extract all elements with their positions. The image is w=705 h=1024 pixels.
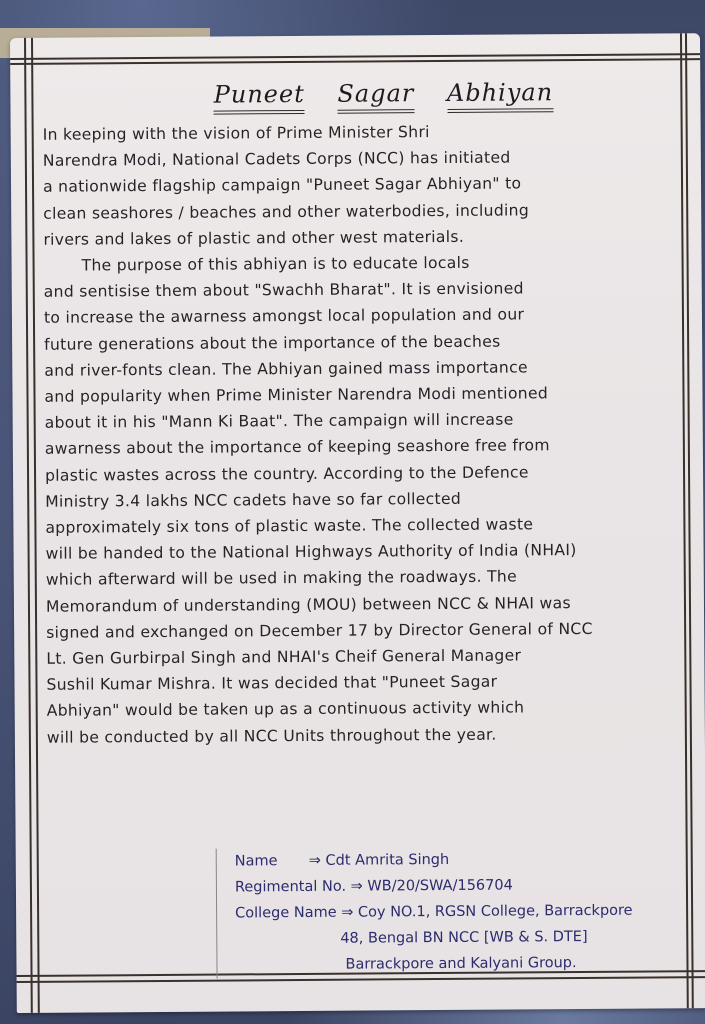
regimental-value: ⇒ WB/20/SWA/156704 xyxy=(351,878,513,895)
college-value-line-3: Barrackpore and Kalyani Group. xyxy=(345,955,576,973)
document-title: Puneet Sagar Abhiyan xyxy=(72,77,694,115)
college-value: ⇒ Coy NO.1, RGSN College, Barrackpore xyxy=(341,903,632,921)
name-row: Name ⇒ Cdt Amrita Singh xyxy=(235,845,705,874)
handwritten-paper-sheet: Puneet Sagar Abhiyan In keeping with the… xyxy=(10,33,705,1013)
left-margin-line-inner xyxy=(31,38,40,1013)
regimental-row: Regimental No. ⇒ WB/20/SWA/156704 xyxy=(235,871,705,900)
name-value: ⇒ Cdt Amrita Singh xyxy=(309,852,450,869)
college-row-continued: Barrackpore and Kalyani Group. xyxy=(235,949,705,978)
college-row-continued: 48, Bengal BN NCC [WB & S. DTE] xyxy=(235,923,705,952)
title-word: Puneet xyxy=(214,80,305,115)
college-label: College Name xyxy=(235,905,337,922)
regimental-label: Regimental No. xyxy=(235,879,346,896)
document-body: Puneet Sagar Abhiyan In keeping with the… xyxy=(42,73,699,750)
text-line: will be conducted by all NCC Units throu… xyxy=(47,720,699,751)
signature-block: Name ⇒ Cdt Amrita Singh Regimental No. ⇒… xyxy=(216,845,705,978)
title-word: Abhiyan xyxy=(447,78,553,113)
college-row: College Name ⇒ Coy NO.1, RGSN College, B… xyxy=(235,897,705,926)
handwritten-paragraphs: In keeping with the vision of Prime Mini… xyxy=(43,117,699,750)
college-value-line-2: 48, Bengal BN NCC [WB & S. DTE] xyxy=(340,929,587,947)
title-word: Sagar xyxy=(337,79,414,114)
name-label: Name xyxy=(235,853,278,869)
